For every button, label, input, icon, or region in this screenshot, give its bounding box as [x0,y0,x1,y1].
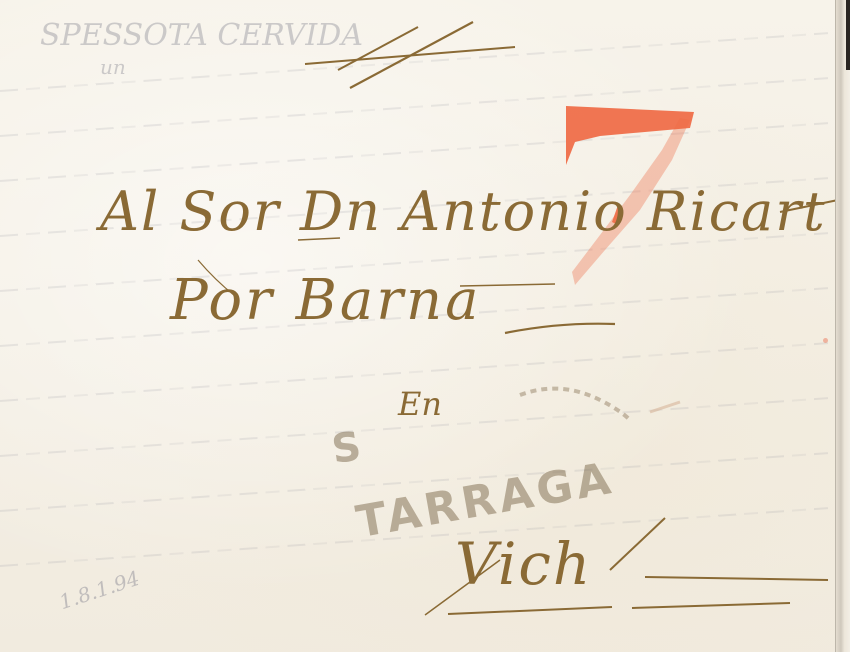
page-edge [835,0,850,652]
destination-flourish [0,0,850,652]
letter-cover: SPESSOTA CERVIDA un 1.8.1.94 Al Sor Dn A… [0,0,850,652]
page-edge-shadow [846,0,850,70]
red-ink-spot [823,338,828,343]
